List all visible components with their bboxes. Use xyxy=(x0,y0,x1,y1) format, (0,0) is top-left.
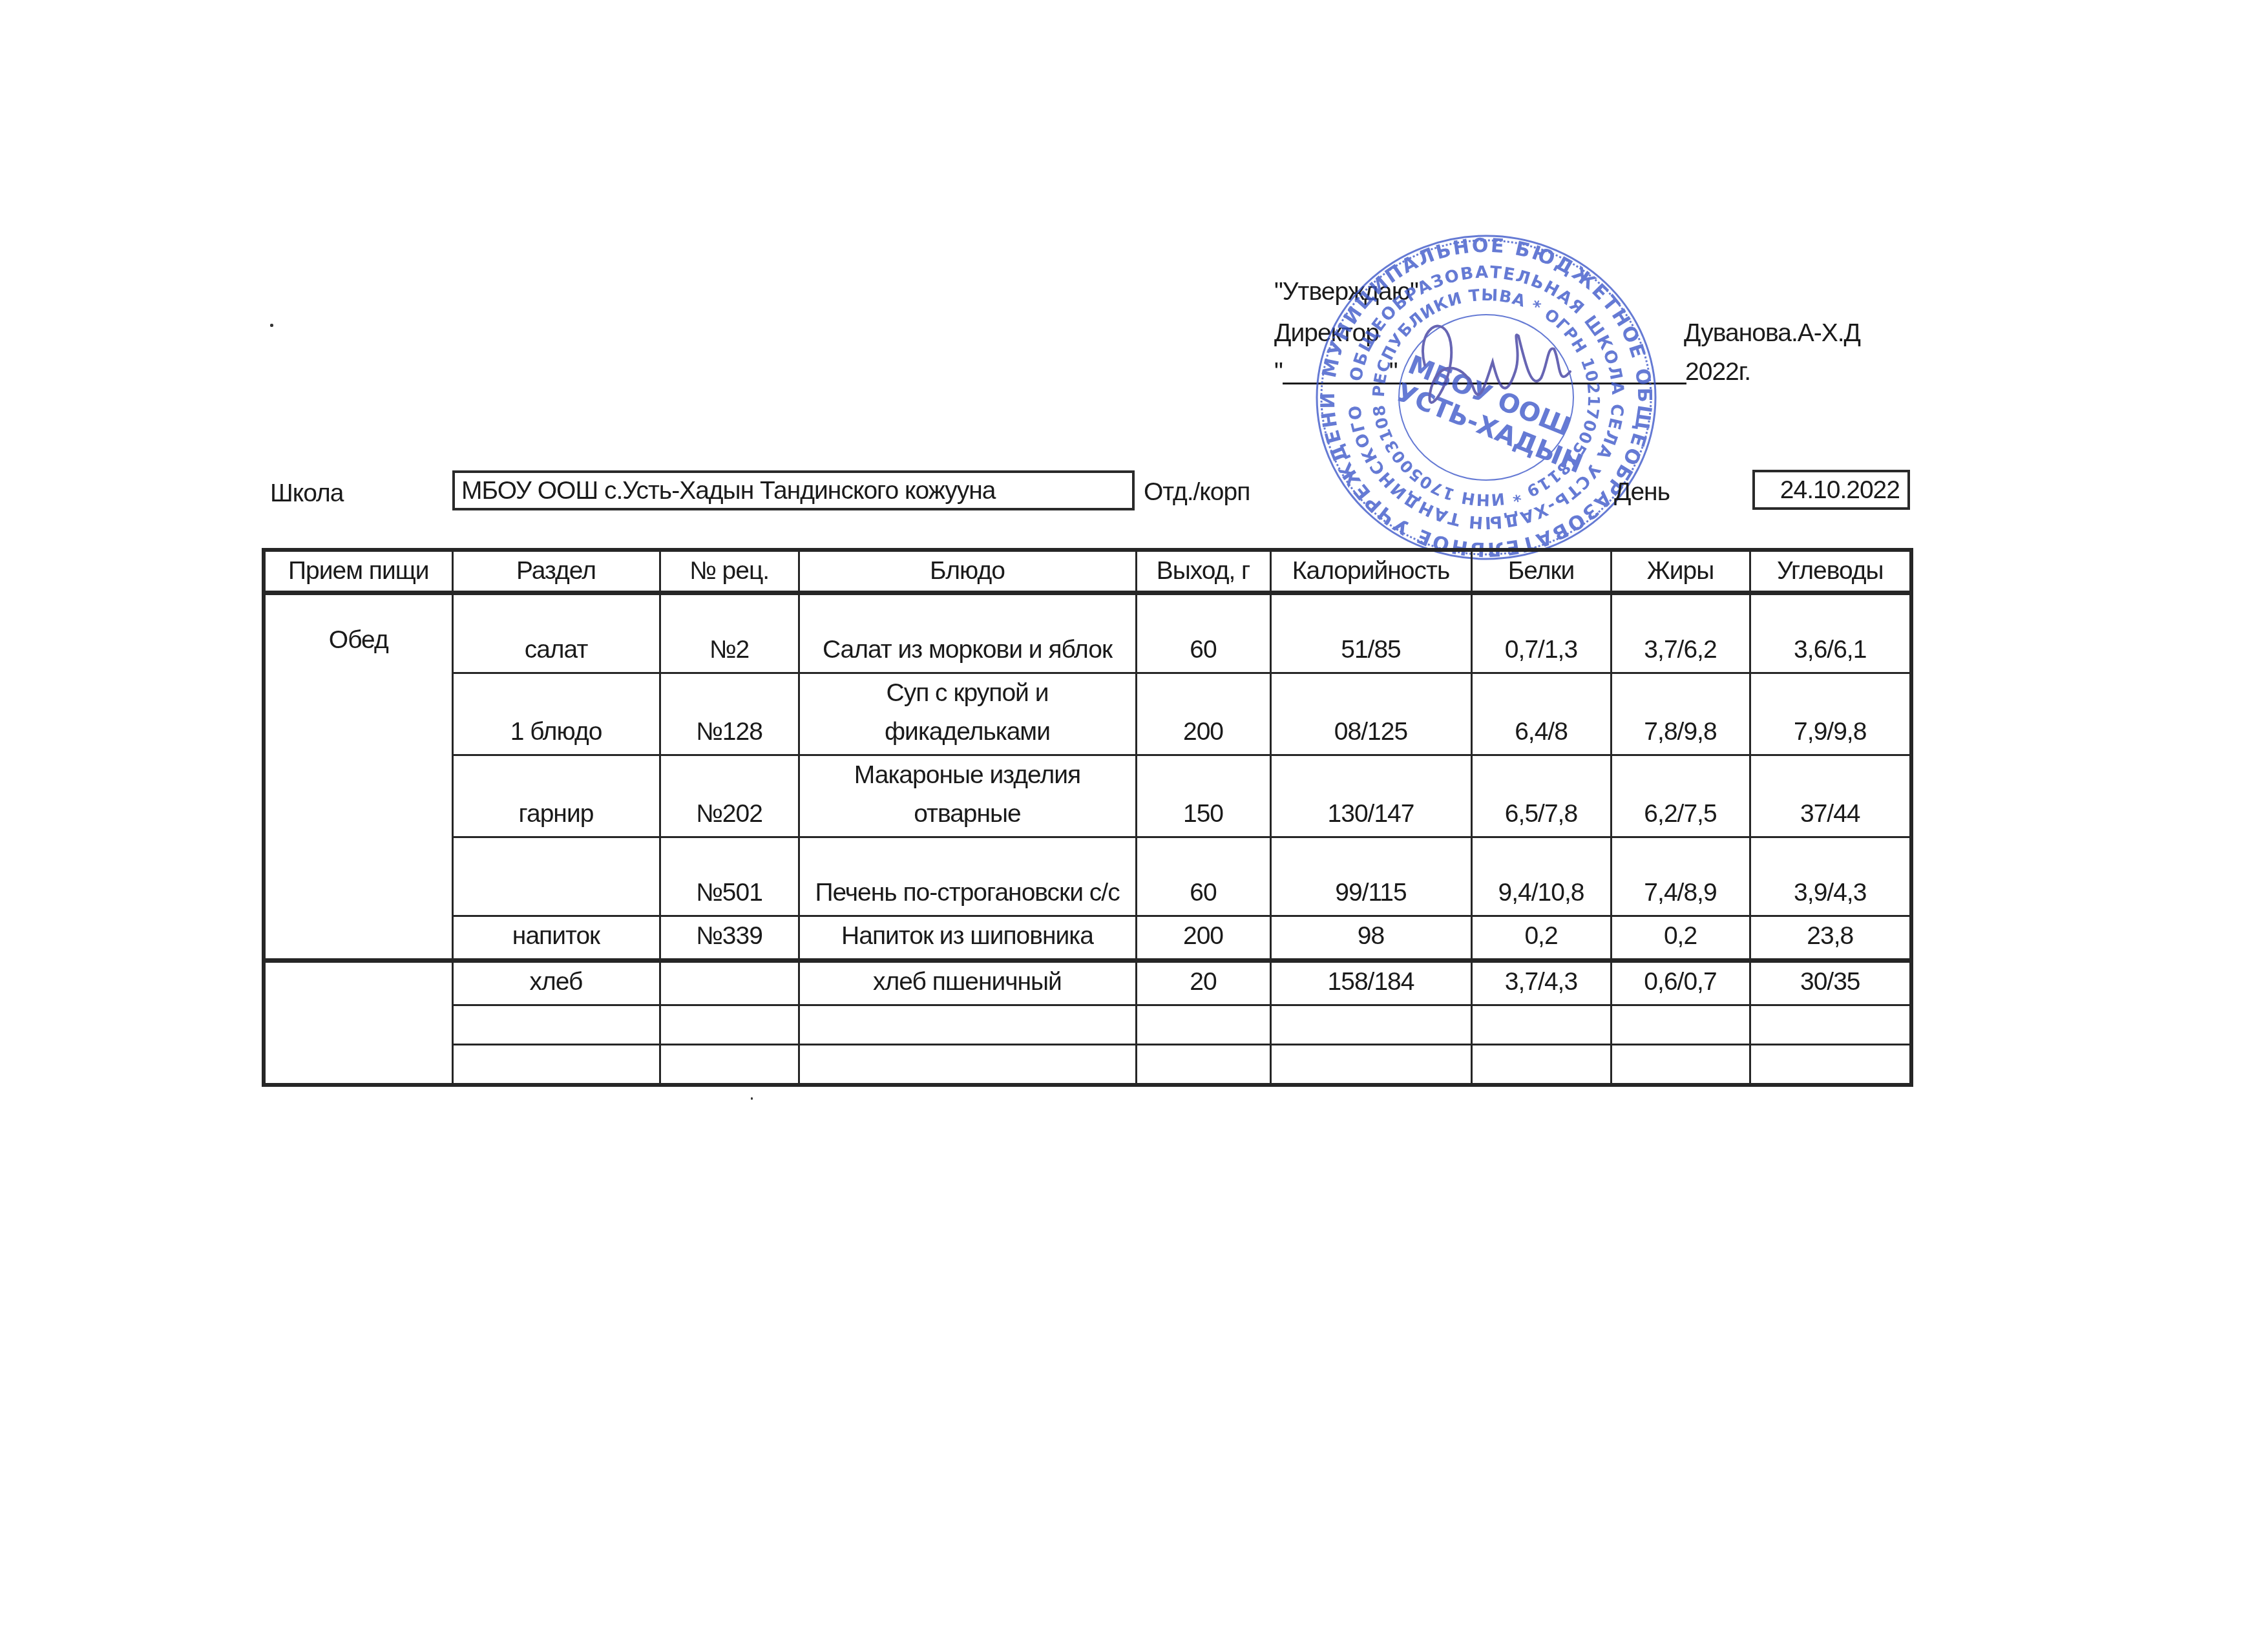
dish-cell: Салат из моркови и яблок xyxy=(799,593,1136,673)
dish-cell: Макароные изделия отварные xyxy=(799,755,1136,837)
protein-cell xyxy=(1471,1045,1611,1086)
approval-year: 2022г. xyxy=(1685,359,1750,384)
col-fat: Жиры xyxy=(1611,550,1750,593)
approval-title: "Утверждаю" xyxy=(1274,279,1418,304)
school-label: Школа xyxy=(270,481,344,506)
section-cell xyxy=(452,1005,660,1045)
table-row: №501 Печень по-строгановски с/с 60 99/11… xyxy=(264,837,1911,916)
dish-cell xyxy=(799,1005,1136,1045)
date-field: 24.10.2022 xyxy=(1752,470,1910,510)
day-label: День xyxy=(1614,479,1670,505)
scan-speck xyxy=(270,324,273,327)
carbs-cell xyxy=(1750,1005,1911,1045)
col-protein: Белки xyxy=(1471,550,1611,593)
carbs-cell xyxy=(1750,1045,1911,1086)
col-section: Раздел xyxy=(452,550,660,593)
col-carbs: Углеводы xyxy=(1750,550,1911,593)
approval-date-quote: "" xyxy=(1274,359,1398,384)
calories-cell: 99/115 xyxy=(1270,837,1471,916)
table-header-row: Прием пищи Раздел № рец. Блюдо Выход, г … xyxy=(264,550,1911,593)
output-cell: 20 xyxy=(1136,961,1270,1005)
dish-cell: хлеб пшеничный xyxy=(799,961,1136,1005)
seal-center-line1: МБОУ ООШ xyxy=(1404,350,1575,442)
fat-cell: 3,7/6,2 xyxy=(1611,593,1750,673)
table-row xyxy=(264,1045,1911,1086)
date-quote-close: " xyxy=(1389,358,1398,386)
output-cell xyxy=(1136,1005,1270,1045)
fat-cell xyxy=(1611,1005,1750,1045)
section-cell: салат xyxy=(452,593,660,673)
meal-cell xyxy=(264,961,452,1086)
recipe-cell: №128 xyxy=(660,673,799,755)
protein-cell: 9,4/10,8 xyxy=(1471,837,1611,916)
section-cell: напиток xyxy=(452,916,660,961)
protein-cell: 6,5/7,8 xyxy=(1471,755,1611,837)
recipe-cell xyxy=(660,1045,799,1086)
section-cell xyxy=(452,1045,660,1086)
output-cell: 200 xyxy=(1136,916,1270,961)
dish-cell: Печень по-строгановски с/с xyxy=(799,837,1136,916)
fat-cell: 7,8/9,8 xyxy=(1611,673,1750,755)
section-cell: 1 блюдо xyxy=(452,673,660,755)
dish-cell: Напиток из шиповника xyxy=(799,916,1136,961)
output-cell: 150 xyxy=(1136,755,1270,837)
protein-cell: 3,7/4,3 xyxy=(1471,961,1611,1005)
section-cell: гарнир xyxy=(452,755,660,837)
output-cell: 60 xyxy=(1136,837,1270,916)
recipe-cell xyxy=(660,1005,799,1045)
carbs-cell: 30/35 xyxy=(1750,961,1911,1005)
calories-cell: 08/125 xyxy=(1270,673,1471,755)
carbs-cell: 3,6/6,1 xyxy=(1750,593,1911,673)
protein-cell: 6,4/8 xyxy=(1471,673,1611,755)
col-dish: Блюдо xyxy=(799,550,1136,593)
protein-cell: 0,7/1,3 xyxy=(1471,593,1611,673)
date-quote-open: " xyxy=(1274,358,1283,386)
carbs-cell: 23,8 xyxy=(1750,916,1911,961)
col-recipe: № рец. xyxy=(660,550,799,593)
table-row: напиток №339 Напиток из шиповника 200 98… xyxy=(264,916,1911,961)
meal-cell: Обед xyxy=(264,593,452,961)
recipe-cell: №339 xyxy=(660,916,799,961)
scan-speck xyxy=(751,1097,753,1100)
output-cell: 200 xyxy=(1136,673,1270,755)
recipe-cell: №501 xyxy=(660,837,799,916)
calories-cell xyxy=(1270,1005,1471,1045)
calories-cell: 51/85 xyxy=(1270,593,1471,673)
school-field: МБОУ ООШ с.Усть-Хадын Тандинского кожуун… xyxy=(452,470,1135,510)
fat-cell xyxy=(1611,1045,1750,1086)
dish-cell xyxy=(799,1045,1136,1086)
table-row: Обед салат №2 Салат из моркови и яблок 6… xyxy=(264,593,1911,673)
calories-cell: 158/184 xyxy=(1270,961,1471,1005)
recipe-cell xyxy=(660,961,799,1005)
menu-table: Прием пищи Раздел № рец. Блюдо Выход, г … xyxy=(262,548,1913,1087)
table-row: гарнир №202 Макароные изделия отварные 1… xyxy=(264,755,1911,837)
carbs-cell: 37/44 xyxy=(1750,755,1911,837)
section-cell: хлеб xyxy=(452,961,660,1005)
output-cell: 60 xyxy=(1136,593,1270,673)
protein-cell xyxy=(1471,1005,1611,1045)
seal-inner-ring xyxy=(1399,315,1573,480)
calories-cell: 98 xyxy=(1270,916,1471,961)
signature-line xyxy=(1283,383,1686,384)
school-value: МБОУ ООШ с.Усть-Хадын Тандинского кожуун… xyxy=(461,478,995,503)
recipe-cell: №202 xyxy=(660,755,799,837)
table-row: 1 блюдо №128 Суп с крупой и фикадельками… xyxy=(264,673,1911,755)
fat-cell: 6,2/7,5 xyxy=(1611,755,1750,837)
col-calories: Калорийность xyxy=(1270,550,1471,593)
approval-role: Директор xyxy=(1274,320,1379,346)
seal-center-line2: УСТЬ-ХАДЫН xyxy=(1392,377,1587,479)
fat-cell: 0,6/0,7 xyxy=(1611,961,1750,1005)
department-label: Отд./корп xyxy=(1144,479,1250,505)
dish-cell: Суп с крупой и фикадельками xyxy=(799,673,1136,755)
output-cell xyxy=(1136,1045,1270,1086)
table-row: хлеб хлеб пшеничный 20 158/184 3,7/4,3 0… xyxy=(264,961,1911,1005)
date-value: 24.10.2022 xyxy=(1780,478,1900,503)
fat-cell: 0,2 xyxy=(1611,916,1750,961)
calories-cell xyxy=(1270,1045,1471,1086)
calories-cell: 130/147 xyxy=(1270,755,1471,837)
protein-cell: 0,2 xyxy=(1471,916,1611,961)
fat-cell: 7,4/8,9 xyxy=(1611,837,1750,916)
carbs-cell: 3,9/4,3 xyxy=(1750,837,1911,916)
director-name: Дуванова.А-Х.Д xyxy=(1684,320,1860,346)
recipe-cell: №2 xyxy=(660,593,799,673)
col-meal: Прием пищи xyxy=(264,550,452,593)
section-cell xyxy=(452,837,660,916)
carbs-cell: 7,9/9,8 xyxy=(1750,673,1911,755)
col-output: Выход, г xyxy=(1136,550,1270,593)
table-row xyxy=(264,1005,1911,1045)
director-signature xyxy=(1423,326,1570,403)
